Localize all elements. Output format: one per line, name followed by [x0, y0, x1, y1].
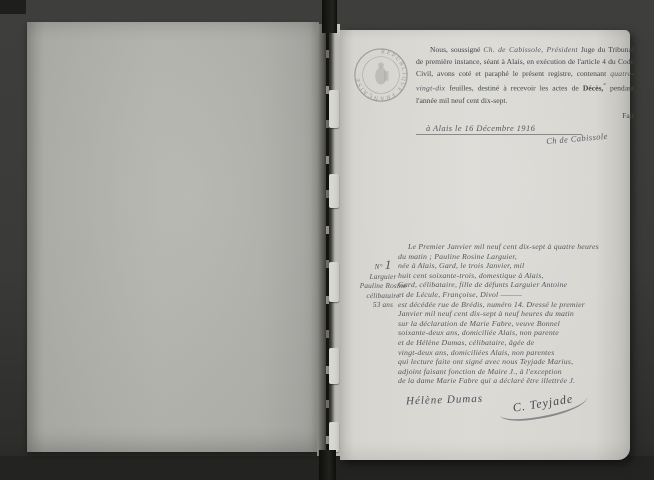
witness-signature: Hélène Dumas — [406, 393, 483, 408]
act-line: est décédée rue de Brédis, numéro 14. Dr… — [398, 300, 634, 310]
background-shadow-corner — [0, 0, 26, 14]
act-line: vingt-deux ans, domiciliées Alais, non p… — [398, 348, 634, 358]
act-line: qui lecture faite ont signé avec nous Te… — [398, 357, 634, 367]
binding-tape — [329, 262, 339, 302]
certification-printed-sheets: feuilles, destiné à recevoir les actes d… — [449, 84, 578, 93]
certification-block: Nous, soussigné Ch. de Cabissole, Présid… — [416, 44, 634, 149]
binding-tape — [329, 90, 339, 128]
act-line: sur la déclaration de Marie Fabre, veuve… — [398, 319, 634, 329]
act-line: de la dame Marie Fabre qui a déclaré êtr… — [398, 376, 634, 386]
act-line: adjoint faisant fonction de Maire J., à … — [398, 367, 634, 377]
act-line: et de Lécule, Françoise, Divol ——— — [398, 290, 634, 300]
act-line: Janvier mil neuf cent dix-sept à neuf he… — [398, 309, 634, 319]
binding-tape — [329, 422, 339, 452]
binding-ribbon-top — [322, 0, 337, 33]
book-binding — [317, 24, 340, 456]
signatures-row: Hélène Dumas C. Teyjade — [406, 394, 636, 418]
act-line: et de Hélène Dumas, célibataire, âgée de — [398, 338, 634, 348]
act-line: née à Alais, Gard, le trois Janvier, mil — [398, 261, 634, 271]
acts-type-footnote-mark: ° — [603, 82, 606, 89]
death-act-body: Le Premier Janvier mil neuf cent dix-sep… — [398, 242, 634, 386]
fait-place-date-handwritten: à Alais le 16 Décembre 1916 — [416, 122, 582, 135]
binding-tape — [329, 348, 339, 384]
act-line: soixante-deux ans, domiciliée Alais, non… — [398, 328, 634, 338]
judge-name-handwritten: Ch. de Cabissole, Président — [483, 45, 577, 54]
binding-ribbon-bottom — [319, 450, 336, 480]
act-line: Le Premier Janvier mil neuf cent dix-sep… — [398, 242, 634, 252]
act-line: huit cent soixante-trois, domestique à A… — [398, 271, 634, 281]
republique-francaise-seal-icon: RÉPUBLIQUE FRANÇAISE — [352, 46, 410, 104]
binding-seam — [326, 24, 329, 456]
act-number-value: 1 — [385, 257, 392, 272]
act-line: du matin ; Pauline Rosine Larguier, — [398, 252, 634, 262]
binding-tape — [329, 174, 339, 208]
left-blank-page — [27, 22, 319, 452]
act-line: Gard, célibataire, fille de défunts Larg… — [398, 280, 634, 290]
certification-printed-intro: Nous, soussigné — [430, 45, 480, 54]
act-number-label: N° — [375, 263, 383, 271]
officer-signature: C. Teyjade — [498, 387, 590, 425]
register-page: RÉPUBLIQUE FRANÇAISE Nous, soussigné Ch.… — [340, 30, 630, 460]
acts-type-label: Décès, — [583, 84, 603, 93]
fait-label: Fait — [622, 111, 634, 120]
